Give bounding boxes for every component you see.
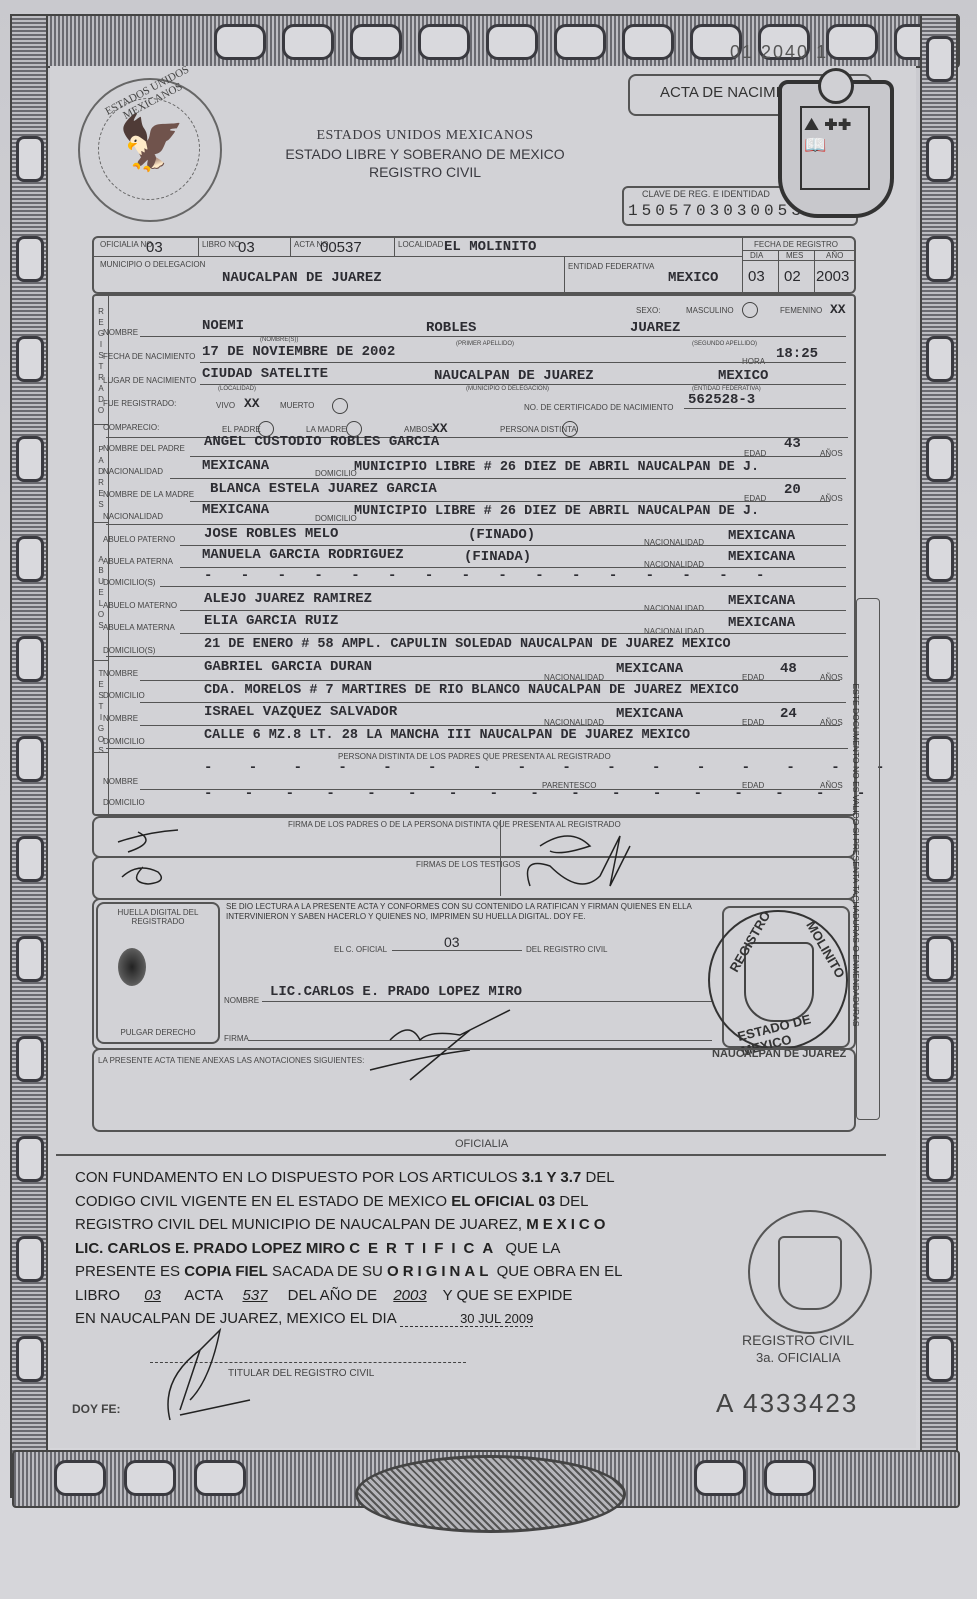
testigo-2-domicilio: CALLE 6 MZ.8 LT. 28 LA MANCHA III NAUCAL… (204, 728, 690, 743)
oficialia-value: 03 (146, 239, 163, 256)
fingerprint-icon (118, 948, 146, 986)
fingerprint-box: HUELLA DIGITAL DEL REGISTRADO PULGAR DER… (96, 902, 220, 1044)
abuela-paterna-finada: (FINADA) (464, 549, 531, 565)
parent-signature (108, 822, 198, 892)
cert-anio: 2003 (381, 1287, 438, 1304)
state-coat-of-arms: ⛰ ✚✚📖 (778, 80, 894, 218)
decorative-border-right (920, 14, 958, 1498)
testigo-2-nacionalidad: MEXICANA (616, 706, 683, 722)
padre-domicilio: MUNICIPIO LIBRE # 26 DIEZ DE ABRIL NAUCA… (354, 460, 759, 475)
abuelo-materno-nacionalidad: MEXICANA (728, 593, 795, 609)
abuela-materna-nombre: ELIA GARCIA RUIZ (204, 613, 338, 629)
vivo-checkbox-marked[interactable]: XX (244, 396, 260, 411)
lugar-municipio: NAUCALPAN DE JUAREZ (434, 368, 594, 384)
abuelos-paternos-domicilio: - - - - - - - - - - - - - - - - (204, 568, 774, 584)
eagle-icon: 🦅 (118, 112, 185, 175)
localidad-value: EL MOLINITO (444, 239, 536, 255)
lugar-entidad: MEXICO (718, 368, 768, 384)
madre-nacionalidad: MEXICANA (202, 502, 269, 518)
abuelo-paterno-finado: (FINADO) (468, 527, 535, 543)
knot-ornament-icon (622, 24, 674, 60)
abuela-paterna-nacionalidad: MEXICANA (728, 549, 795, 565)
registro-mes: 02 (784, 268, 801, 285)
registro-civil-label: REGISTRO CIVIL (742, 1332, 854, 1348)
oficialia-label: 3a. OFICIALIA (756, 1350, 841, 1365)
knot-ornament-icon (214, 24, 266, 60)
testigo-1-domicilio: CDA. MORELOS # 7 MARTIRES DE RIO BLANCO … (204, 683, 739, 698)
decorative-border-left (10, 14, 48, 1498)
registry-name: REGISTRO CIVIL (270, 164, 580, 180)
witness-signatures (510, 826, 650, 906)
registrado-primer-apellido: ROBLES (426, 320, 476, 336)
registrado-segundo-apellido: JUAREZ (630, 320, 680, 336)
ayuntamiento-stamp (748, 1210, 872, 1334)
crown-icon (818, 68, 854, 104)
titular-signature (140, 1320, 290, 1430)
oficial-name: LIC.CARLOS E. PRADO LOPEZ MIRO (270, 984, 522, 1000)
madre-edad: 20 (784, 482, 801, 498)
padre-nacionalidad: MEXICANA (202, 458, 269, 474)
cert-acta: 537 (226, 1287, 283, 1304)
witnesses-signature-box: FIRMAS DE LOS TESTIGOS (92, 856, 856, 900)
annotations-box: LA PRESENTE ACTA TIENE ANEXAS LAS ANOTAC… (92, 1048, 856, 1132)
abuelo-paterno-nombre: JOSE ROBLES MELO (204, 526, 338, 542)
testigo-1-edad: 48 (780, 661, 797, 677)
masculino-checkbox[interactable] (742, 302, 758, 318)
serial-number-top: 01 2040 1 (730, 42, 828, 63)
fecha-nacimiento-value: 17 DE NOVIEMBRE DE 2002 (202, 344, 395, 360)
country-name: ESTADOS UNIDOS MEXICANOS (270, 128, 580, 144)
certificado-nacimiento-value: 562528-3 (688, 392, 755, 408)
hora-nacimiento-value: 18:25 (776, 346, 818, 362)
padre-nombre: ANGEL CUSTODIO ROBLES GARCIA (204, 434, 439, 450)
testigo-2-nombre: ISRAEL VAZQUEZ SALVADOR (204, 704, 397, 720)
registro-dia: 03 (748, 268, 765, 285)
folio-number: A 4333423 (716, 1388, 858, 1419)
knot-ornament-icon (418, 24, 470, 60)
femenino-checkbox-marked[interactable]: XX (830, 302, 846, 317)
registry-stamp: REGISTRO MOLINITO ESTADO DE MEXICO (708, 910, 848, 1050)
abuelos-maternos-domicilio: 21 DE ENERO # 58 AMPL. CAPULIN SOLEDAD N… (204, 637, 731, 652)
cert-libro: 03 (124, 1287, 181, 1304)
oficial-number: 03 (444, 934, 460, 950)
knot-ornament-icon (554, 24, 606, 60)
doy-fe-label: DOY FE: (72, 1402, 120, 1416)
fecha-expedicion: 30 JUL 2009 (400, 1311, 533, 1327)
birth-certificate-document: 🦅 ESTADOS UNIDOS MEXICANOS ESTADOS UNIDO… (0, 0, 977, 1599)
abuelo-paterno-nacionalidad: MEXICANA (728, 528, 795, 544)
madre-domicilio: MUNICIPIO LIBRE # 26 DIEZ DE ABRIL NAUCA… (354, 504, 759, 519)
registrado-nombre: NOEMI (202, 318, 244, 334)
shield-symbols-icon: ⛰ ✚✚📖 (804, 114, 851, 156)
municipio-value: NAUCALPAN DE JUAREZ (222, 270, 382, 286)
knot-ornament-icon (350, 24, 402, 60)
persona-distinta-nombre: - - - - - - - - - - - - - - - - (204, 760, 898, 776)
acta-value: 00537 (320, 239, 362, 256)
certification-text: CON FUNDAMENTO EN LO DISPUESTO POR LOS A… (75, 1166, 645, 1331)
testigo-2-edad: 24 (780, 706, 797, 722)
knot-ornament-icon (826, 24, 878, 60)
padre-edad: 43 (784, 436, 801, 452)
registry-info-box: OFICIALIA No 03 LIBRO No 03 ACTA No 0053… (92, 236, 856, 294)
parents-signature-box: FIRMA DE LOS PADRES O DE LA PERSONA DIST… (92, 816, 856, 858)
guilloche-oval-ornament (355, 1455, 626, 1533)
abuela-paterna-nombre: MANUELA GARCIA RODRIGUEZ (202, 547, 404, 563)
lectura-text: SE DIO LECTURA A LA PRESENTE ACTA Y CONF… (226, 902, 720, 922)
entidad-value: MEXICO (668, 270, 718, 286)
abuela-materna-nacionalidad: MEXICANA (728, 615, 795, 631)
persona-distinta-domicilio: - - - - - - - - - - - - - - - - - (204, 786, 877, 802)
validity-note: ESTE DOCUMENTO NO ES VALIDO SI PRESENTA … (846, 660, 860, 1060)
registro-anio: 2003 (816, 268, 849, 285)
libro-value: 03 (238, 239, 255, 256)
muerto-checkbox[interactable] (332, 398, 348, 414)
knot-ornament-icon (486, 24, 538, 60)
madre-nombre: BLANCA ESTELA JUAREZ GARCIA (210, 481, 437, 497)
section-label-padres: PADRES (96, 444, 106, 510)
knot-ornament-icon (282, 24, 334, 60)
testigo-1-nacionalidad: MEXICANA (616, 661, 683, 677)
state-name: ESTADO LIBRE Y SOBERANO DE MEXICO (270, 146, 580, 162)
mexican-national-seal: 🦅 ESTADOS UNIDOS MEXICANOS (78, 78, 222, 222)
document-heading: ESTADOS UNIDOS MEXICANOS ESTADO LIBRE Y … (270, 128, 580, 180)
testigo-1-nombre: GABRIEL GARCIA DURAN (204, 659, 372, 675)
lugar-localidad: CIUDAD SATELITE (202, 366, 328, 382)
comparecio-persona-distinta-checkbox[interactable] (562, 421, 578, 437)
abuelo-materno-nombre: ALEJO JUAREZ RAMIREZ (204, 591, 372, 607)
